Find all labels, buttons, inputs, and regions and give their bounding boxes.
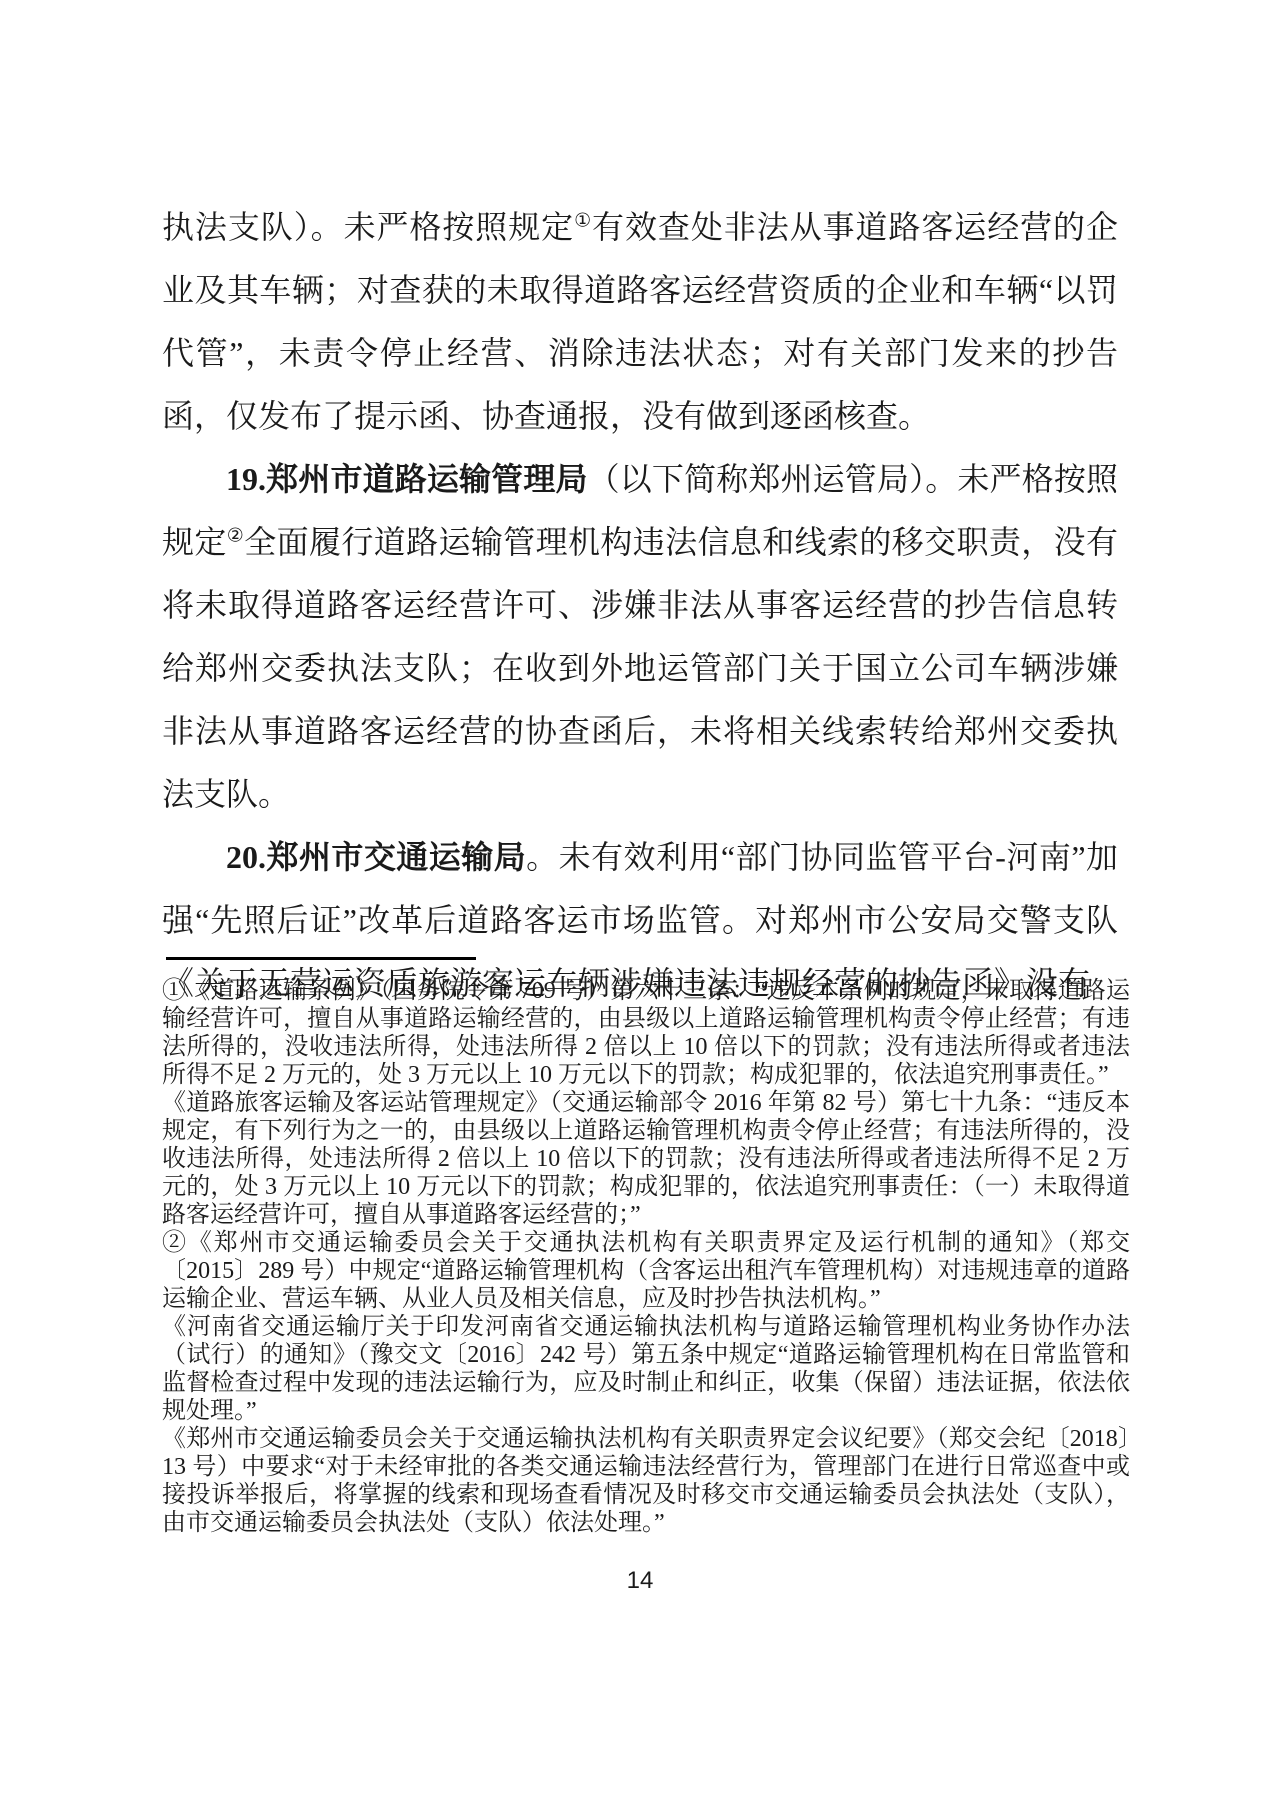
footnote-separator-rule [166, 957, 476, 960]
item-20-heading: 20.郑州市交通运输局 [226, 839, 526, 875]
footnote-2-continued-2: 《郑州市交通运输委员会关于交通运输执法机构有关职责界定会议纪要》（郑交会纪〔20… [162, 1425, 1130, 1537]
footnote-2: ②《郑州市交通运输委员会关于交通执法机构有关职责界定及运行机制的通知》（郑交〔2… [162, 1229, 1130, 1313]
footnote-1: ①《道路运输条例》（国务院令第 709 号）第六十三条：“违反本条例的规定，未取… [162, 977, 1130, 1089]
footnote-ref-1: ① [574, 210, 592, 231]
footnote-1-continued: 《道路旅客运输及客运站管理规定》（交通运输部令 2016 年第 82 号）第七十… [162, 1089, 1130, 1229]
item-19-heading: 19.郑州市道路运输管理局 [226, 461, 588, 497]
footnotes-section: ①《道路运输条例》（国务院令第 709 号）第六十三条：“违反本条例的规定，未取… [162, 977, 1130, 1537]
paragraph-continuation: 执法支队）。未严格按照规定①有效查处非法从事道路客运经营的企业及其车辆；对查获的… [162, 196, 1118, 448]
document-body: 执法支队）。未严格按照规定①有效查处非法从事道路客运经营的企业及其车辆；对查获的… [162, 196, 1118, 1015]
body-text-segment: 全面履行道路运输管理机构违法信息和线索的移交职责，没有将未取得道路客运经营许可、… [162, 524, 1118, 812]
footnote-ref-2: ② [227, 525, 244, 546]
footnote-2-continued: 《河南省交通运输厅关于印发河南省交通运输执法机构与道路运输管理机构业务协作办法（… [162, 1313, 1130, 1425]
page-number: 14 [0, 1566, 1280, 1596]
body-text-segment: 执法支队）。未严格按照规定 [162, 209, 574, 245]
paragraph-item-19: 19.郑州市道路运输管理局（以下简称郑州运管局）。未严格按照规定②全面履行道路运… [162, 448, 1118, 826]
